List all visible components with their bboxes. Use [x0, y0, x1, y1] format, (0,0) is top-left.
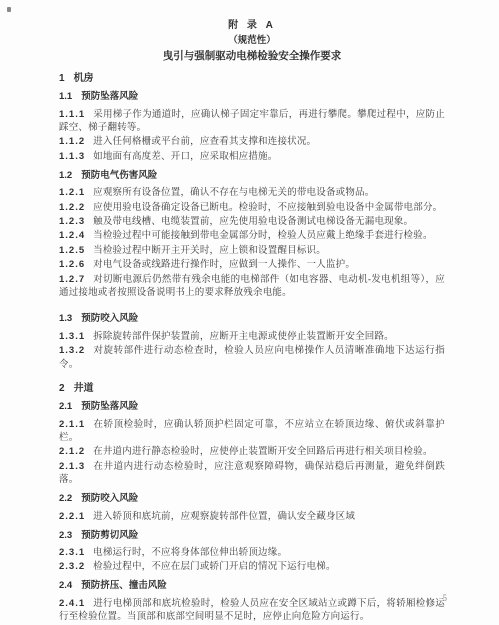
- clause-number: 2.1.3: [59, 461, 85, 472]
- subsection-title: 预防电气伤害风险: [81, 170, 157, 181]
- subsection-number: 1.3: [59, 313, 72, 324]
- clause-text: 电梯运行时，不应将身体部位伸出轿顶边缘。: [93, 548, 287, 558]
- clause-number: 1.2.3: [59, 216, 85, 227]
- section-number: 2: [59, 383, 65, 394]
- clause-text: 应观察所有设备位置，确认不存在与电梯无关的带电设备或物品。: [93, 188, 374, 198]
- clause-1-2-2: 1.2.2应使用验电设备确定设备已断电。检验时，不应接触到验电设备中金属带电部分…: [59, 201, 445, 215]
- clause-text: 对切断电源后仍然带有残余电能的电梯部件（如电容器、电动机-发电机组等），应通过接…: [59, 275, 445, 298]
- clause-text: 对旋转部件进行动态检查时，检验人员应向电梯操作人员清晰准确地下达运行指令。: [59, 346, 445, 369]
- clause-1-1-3: 1.1.3如地面有高度差、开口，应采取相应措施。: [59, 150, 445, 164]
- clause-text: 当检验过程中断开主开关时，应上锁和设置醒目标识。: [93, 246, 326, 256]
- clause-number: 1.2.5: [59, 245, 85, 256]
- section-heading-2: 2井道: [59, 382, 445, 396]
- subsection-heading-2-1: 2.1预防坠落风险: [59, 400, 445, 414]
- clause-2-3-2: 2.3.2检验过程中，不应在层门或轿门开启的情况下运行电梯。: [59, 560, 445, 574]
- clause-1-2-7: 1.2.7对切断电源后仍然带有残余电能的电梯部件（如电容器、电动机-发电机组等）…: [59, 273, 445, 301]
- subsection-number: 2.3: [59, 530, 72, 541]
- clause-number: 2.4.1: [59, 598, 85, 609]
- subsection-heading-1-2: 1.2预防电气伤害风险: [59, 169, 445, 183]
- subsection-number: 1.2: [59, 170, 72, 181]
- clause-text: 对电气设备或线路进行操作时，应做到一人操作、一人监护。: [93, 260, 355, 270]
- clause-text: 检验过程中，不应在层门或轿门开启的情况下运行电梯。: [93, 562, 336, 572]
- clause-number: 2.3.2: [59, 561, 85, 572]
- clause-2-1-2: 2.1.2在井道内进行静态检验时，应使停止装置断开安全回路后再进行相关项目检验。: [59, 445, 445, 459]
- clause-number: 1.1.2: [59, 136, 85, 147]
- subsection-title: 预防咬入风险: [81, 493, 138, 504]
- clause-1-3-1: 1.3.1拆除旋转部件保护装置前，应断开主电源或使停止装置断开安全回路。: [59, 330, 445, 344]
- document-page: 附 录 A （规范性） 曳引与强制驱动电梯检验安全操作要求 1机房 1.1预防坠…: [0, 0, 499, 625]
- normative-label: （规范性）: [59, 33, 445, 48]
- clause-1-1-1: 1.1.1采用梯子作为通道时，应确认梯子固定牢靠后，再进行攀爬。攀爬过程中，应防…: [59, 108, 445, 136]
- clause-number: 1.2.7: [59, 274, 85, 285]
- subsection-title: 预防坠落风险: [81, 401, 138, 412]
- clause-number: 1.3.2: [59, 345, 85, 356]
- subsection-title: 预防咬入风险: [81, 313, 138, 324]
- page-number: 5: [443, 593, 448, 603]
- clause-number: 1.2.6: [59, 259, 85, 270]
- clause-text: 在井道内进行动态检验时，应注意观察障碍物，确保站稳后再测量，避免绊倒跌落。: [59, 462, 445, 485]
- clause-1-1-2: 1.1.2进入任何格栅或平台前，应查看其支撑和连接状况。: [59, 135, 445, 149]
- subsection-heading-2-3: 2.3预防剪切风险: [59, 529, 445, 543]
- clause-number: 1.2.4: [59, 230, 85, 241]
- clause-1-2-6: 1.2.6对电气设备或线路进行操作时，应做到一人操作、一人监护。: [59, 258, 445, 272]
- clause-2-4-1: 2.4.1进行电梯顶部和底坑检验时，检验人员应在安全区域站立或蹲下后，将轿厢检修…: [59, 597, 445, 625]
- clause-text: 进入轿顶和底坑前，应观察旋转部件位置，确认安全藏身区域: [93, 512, 355, 522]
- clause-1-2-1: 1.2.1应观察所有设备位置，确认不存在与电梯无关的带电设备或物品。: [59, 186, 445, 200]
- subsection-heading-2-4: 2.4预防挤压、撞击风险: [59, 579, 445, 593]
- clause-2-1-1: 2.1.1在轿顶检验时，应确认轿顶护栏固定可靠，不应站立在轿顶边缘、俯伏或斜靠护…: [59, 418, 445, 446]
- clause-1-2-4: 1.2.4当检验过程中可能接触到带电金属部分时，检验人员应戴上绝缘手套进行检验。: [59, 229, 445, 243]
- clause-number: 2.2.1: [59, 511, 85, 522]
- clause-2-3-1: 2.3.1电梯运行时，不应将身体部位伸出轿顶边缘。: [59, 546, 445, 560]
- clause-text: 进行电梯顶部和底坑检验时，检验人员应在安全区域站立或蹲下后，将轿厢检修运行至检验…: [59, 599, 445, 622]
- subsection-title: 预防挤压、撞击风险: [81, 580, 167, 591]
- clause-text: 在轿顶检验时，应确认轿顶护栏固定可靠，不应站立在轿顶边缘、俯伏或斜靠护栏。: [59, 420, 445, 443]
- clause-number: 1.1.3: [59, 151, 85, 162]
- subsection-heading-1-1: 1.1预防坠落风险: [59, 90, 445, 104]
- subsection-number: 2.2: [59, 493, 72, 504]
- subsection-number: 1.1: [59, 91, 72, 102]
- clause-number: 2.3.1: [59, 547, 85, 558]
- clause-text: 如地面有高度差、开口，应采取相应措施。: [93, 152, 277, 162]
- section-number: 1: [59, 73, 65, 84]
- subsection-heading-2-2: 2.2预防咬入风险: [59, 492, 445, 506]
- subsection-title: 预防坠落风险: [81, 91, 138, 102]
- subsection-number: 2.1: [59, 401, 72, 412]
- clause-text: 在井道内进行静态检验时，应使停止装置断开安全回路后再进行相关项目检验。: [93, 447, 433, 457]
- section-heading-1: 1机房: [59, 72, 445, 86]
- subsection-number: 2.4: [59, 580, 72, 591]
- appendix-label: 附 录 A: [59, 18, 445, 33]
- subsection-heading-1-3: 1.3预防咬入风险: [59, 312, 445, 326]
- section-title: 机房: [74, 73, 94, 84]
- subsection-title: 预防剪切风险: [81, 530, 138, 541]
- clause-text: 拆除旋转部件保护装置前，应断开主电源或使停止装置断开安全回路。: [93, 332, 394, 342]
- clause-number: 1.2.2: [59, 202, 85, 213]
- page-title: 曳引与强制驱动电梯检验安全操作要求: [59, 48, 445, 64]
- clause-2-1-3: 2.1.3在井道内进行动态检验时，应注意观察障碍物，确保站稳后再测量，避免绊倒跌…: [59, 460, 445, 488]
- clause-text: 进入任何格栅或平台前，应查看其支撑和连接状况。: [93, 137, 316, 147]
- clause-1-2-3: 1.2.3触及带电线槽、电缆装置前，应先使用验电设备测试电梯设备无漏电现象。: [59, 215, 445, 229]
- appendix-header: 附 录 A （规范性） 曳引与强制驱动电梯检验安全操作要求: [59, 18, 445, 64]
- clause-text: 采用梯子作为通道时，应确认梯子固定牢靠后，再进行攀爬。攀爬过程中，应防止踩空、梯…: [59, 110, 445, 133]
- clause-number: 2.1.2: [59, 446, 85, 457]
- clause-1-2-5: 1.2.5当检验过程中断开主开关时，应上锁和设置醒目标识。: [59, 244, 445, 258]
- clause-number: 2.1.1: [59, 419, 85, 430]
- clause-number: 1.3.1: [59, 331, 85, 342]
- section-title: 井道: [74, 383, 94, 394]
- clause-text: 应使用验电设备确定设备已断电。检验时，不应接触到验电设备中金属带电部分。: [93, 203, 442, 213]
- clause-2-2-1: 2.2.1进入轿顶和底坑前，应观察旋转部件位置，确认安全藏身区域: [59, 510, 445, 524]
- clause-text: 触及带电线槽、电缆装置前，应先使用验电设备测试电梯设备无漏电现象。: [93, 217, 413, 227]
- clause-number: 1.2.1: [59, 187, 85, 198]
- scan-artifact: [7, 7, 11, 12]
- clause-text: 当检验过程中可能接触到带电金属部分时，检验人员应戴上绝缘手套进行检验。: [93, 231, 433, 241]
- clause-1-3-2: 1.3.2对旋转部件进行动态检查时，检验人员应向电梯操作人员清晰准确地下达运行指…: [59, 344, 445, 372]
- clause-number: 1.1.1: [59, 109, 85, 120]
